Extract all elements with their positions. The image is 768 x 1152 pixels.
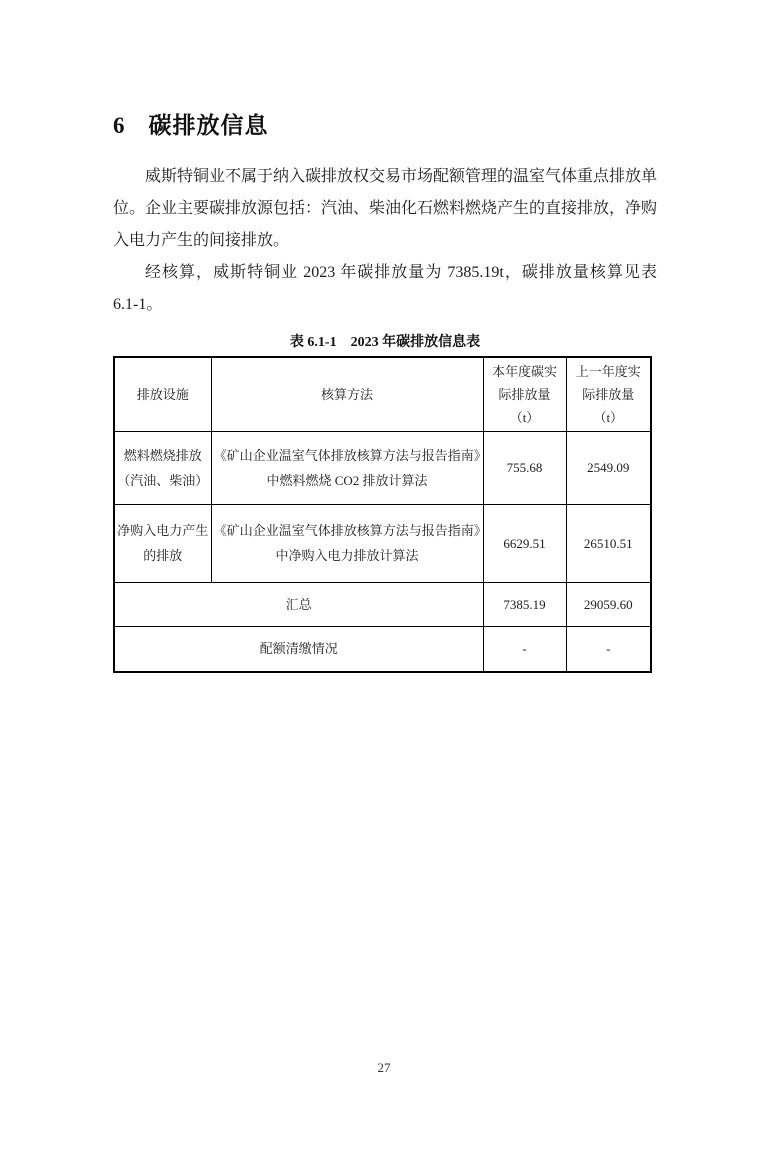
paragraph-accounting: 经核算，威斯特铜业 2023 年碳排放量为 7385.19t，碳排放量核算见表 … xyxy=(113,257,657,321)
header-current-line1: 本年度碳实 xyxy=(486,360,564,383)
table-row-summary: 汇总 7385.19 29059.60 xyxy=(114,582,651,626)
cell-previous-emission: 2549.09 xyxy=(566,431,651,504)
table-row-quota: 配额清缴情况 - - xyxy=(114,626,651,672)
header-facility: 排放设施 xyxy=(114,357,211,431)
header-previous-year: 上一年度实 际排放量 （t） xyxy=(566,357,651,431)
cell-previous-emission: 26510.51 xyxy=(566,504,651,582)
table-row-purchased-power: 净购入电力产生的排放 《矿山企业温室气体排放核算方法与报告指南》中净购入电力排放… xyxy=(114,504,651,582)
cell-facility: 燃料燃烧排放（汽油、柴油） xyxy=(114,431,211,504)
cell-current-emission: 6629.51 xyxy=(483,504,566,582)
cell-quota-label: 配额清缴情况 xyxy=(114,626,483,672)
cell-quota-current: - xyxy=(483,626,566,672)
cell-summary-previous: 29059.60 xyxy=(566,582,651,626)
cell-method: 《矿山企业温室气体排放核算方法与报告指南》中净购入电力排放计算法 xyxy=(211,504,483,582)
header-current-line3: （t） xyxy=(486,406,564,429)
header-current-year: 本年度碳实 际排放量 （t） xyxy=(483,357,566,431)
document-page: { "heading": { "number": "6", "title": "… xyxy=(0,0,768,1152)
cell-summary-label: 汇总 xyxy=(114,582,483,626)
section-number: 6 xyxy=(113,113,125,138)
cell-quota-previous: - xyxy=(566,626,651,672)
page-content: 6碳排放信息 威斯特铜业不属于纳入碳排放权交易市场配额管理的温室气体重点排放单位… xyxy=(113,0,657,673)
header-previous-line1: 上一年度实 xyxy=(569,360,649,383)
header-current-line2: 际排放量 xyxy=(486,383,564,406)
header-previous-line2: 际排放量 xyxy=(569,383,649,406)
emission-info-table: 排放设施 核算方法 本年度碳实 际排放量 （t） 上一年度实 际排放量 （t） … xyxy=(113,356,652,673)
page-number: 27 xyxy=(0,1060,768,1076)
cell-summary-current: 7385.19 xyxy=(483,582,566,626)
section-title: 碳排放信息 xyxy=(149,112,269,138)
cell-facility: 净购入电力产生的排放 xyxy=(114,504,211,582)
table-row-fuel-combustion: 燃料燃烧排放（汽油、柴油） 《矿山企业温室气体排放核算方法与报告指南》中燃料燃烧… xyxy=(114,431,651,504)
cell-current-emission: 755.68 xyxy=(483,431,566,504)
header-method: 核算方法 xyxy=(211,357,483,431)
table-header-row: 排放设施 核算方法 本年度碳实 际排放量 （t） 上一年度实 际排放量 （t） xyxy=(114,357,651,431)
section-heading: 6碳排放信息 xyxy=(113,110,657,141)
cell-method: 《矿山企业温室气体排放核算方法与报告指南》中燃料燃烧 CO2 排放计算法 xyxy=(211,431,483,504)
table-caption: 表 6.1-1 2023 年碳排放信息表 xyxy=(113,333,657,353)
paragraph-intro: 威斯特铜业不属于纳入碳排放权交易市场配额管理的温室气体重点排放单位。企业主要碳排… xyxy=(113,161,657,257)
header-previous-line3: （t） xyxy=(569,406,649,429)
